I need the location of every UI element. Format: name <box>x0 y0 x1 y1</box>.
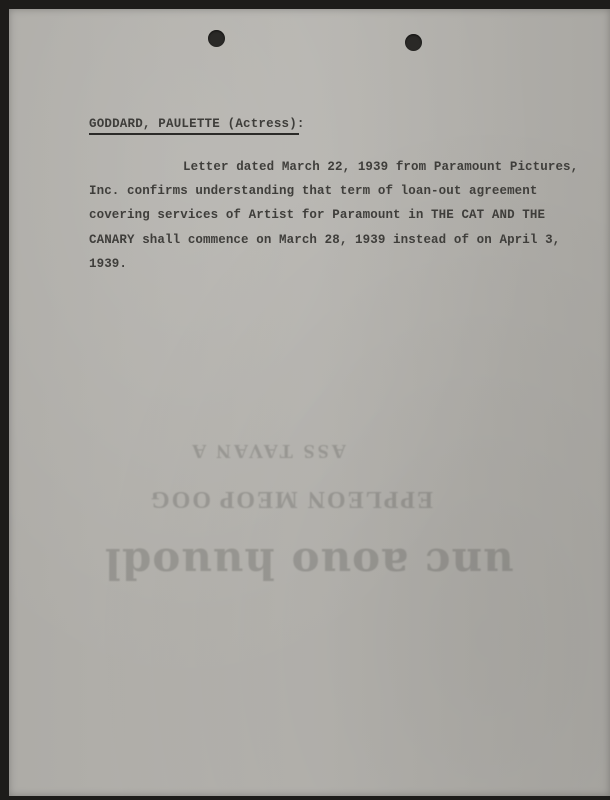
document-page: ASS TAVAN A EPPLEON MEOP OOG unc aouo hu… <box>9 9 610 796</box>
show-through-line: EPPLEON MEOP OOG <box>149 485 433 512</box>
paragraph-line: covering services of Artist for Paramoun… <box>89 203 569 227</box>
paragraph-line: 1939. <box>89 252 569 276</box>
paragraph-line: Letter dated March 22, 1939 from Paramou… <box>89 155 569 179</box>
punch-hole-icon <box>208 30 225 47</box>
document-paragraph: Letter dated March 22, 1939 from Paramou… <box>89 155 569 276</box>
paragraph-line: CANARY shall commence on March 28, 1939 … <box>89 228 569 252</box>
paragraph-line: Inc. confirms understanding that term of… <box>89 179 569 203</box>
heading-underline <box>89 133 299 135</box>
punch-hole-icon <box>405 34 422 51</box>
show-through-line: ASS TAVAN A <box>189 439 346 462</box>
show-through-line: unc aouo huuodl <box>104 539 514 588</box>
document-heading: GODDARD, PAULETTE (Actress): <box>89 117 305 131</box>
